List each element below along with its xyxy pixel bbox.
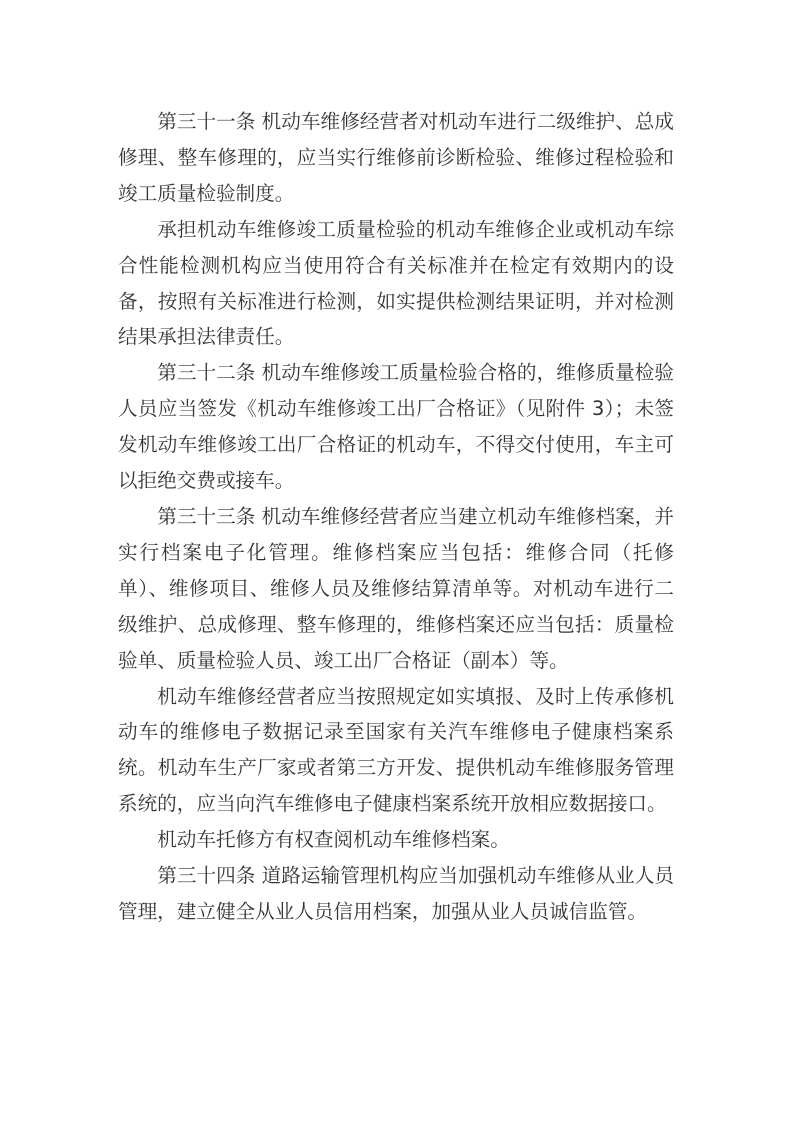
article-32-paragraph: 第三十二条 机动车维修竣工质量检验合格的，维修质量检验人员应当签发《机动车维修竣… — [118, 355, 674, 499]
article-34-paragraph: 第三十四条 道路运输管理机构应当加强机动车维修从业人员管理，建立健全从业人员信用… — [118, 858, 674, 930]
article-33-paragraph: 第三十三条 机动车维修经营者应当建立机动车维修档案，并实行档案电子化管理。维修档… — [118, 499, 674, 679]
electronic-records-paragraph: 机动车维修经营者应当按照规定如实填报、及时上传承修机动车的维修电子数据记录至国家… — [118, 679, 674, 823]
document-page: 第三十一条 机动车维修经营者对机动车进行二级维护、总成修理、整车修理的，应当实行… — [118, 104, 674, 930]
quality-inspection-paragraph: 承担机动车维修竣工质量检验的机动车维修企业或机动车综合性能检测机构应当使用符合有… — [118, 212, 674, 356]
article-31-paragraph: 第三十一条 机动车维修经营者对机动车进行二级维护、总成修理、整车修理的，应当实行… — [118, 104, 674, 212]
owner-access-paragraph: 机动车托修方有权查阅机动车维修档案。 — [118, 822, 674, 858]
